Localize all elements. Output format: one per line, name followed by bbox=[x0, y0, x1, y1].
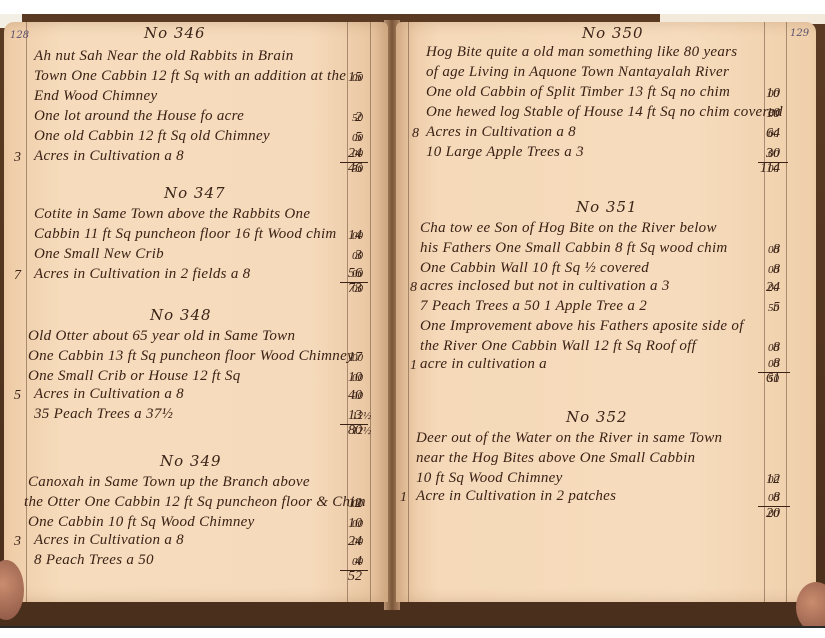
cents-value: 00 bbox=[352, 352, 363, 364]
entry-number: No 351 bbox=[576, 198, 638, 216]
entry-line: Canoxah in Same Town up the Branch above bbox=[28, 474, 310, 494]
margin-rule bbox=[408, 22, 409, 602]
entry-line: Cotite in Same Town above the Rabbits On… bbox=[34, 206, 310, 226]
entry-line: Town One Cabbin 12 ft Sq with an additio… bbox=[34, 68, 346, 88]
cents-value: 00 bbox=[352, 498, 363, 510]
cents-value: 00 bbox=[768, 88, 779, 100]
cents-value: 00 bbox=[352, 390, 363, 402]
entry-line: One old Cabbin of Split Timber 13 ft Sq … bbox=[426, 84, 730, 104]
page-number: 128 bbox=[10, 30, 29, 41]
entry-line: Cha tow ee Son of Hog Bite on the River … bbox=[420, 220, 717, 240]
cents-value: 50 bbox=[352, 112, 363, 124]
entry-line: One hewed log Stable of House 14 ft Sq n… bbox=[426, 104, 783, 124]
entry-line: of age Living in Aquone Town Nantayalah … bbox=[426, 64, 729, 84]
cents-value: 00 bbox=[352, 72, 363, 84]
margin-rule bbox=[26, 22, 27, 602]
entry-line: 10 ft Sq Wood Chimney bbox=[416, 470, 563, 490]
cents-value: 00 bbox=[768, 108, 779, 120]
total-cents: 50 bbox=[768, 373, 779, 385]
entry-line: One Small New Crib bbox=[34, 246, 164, 266]
entry-line: Old Otter about 65 year old in Same Town bbox=[28, 328, 295, 348]
margin-quantity: 3 bbox=[14, 150, 21, 166]
cents-value: 00 bbox=[352, 372, 363, 384]
cents-value: 00 bbox=[352, 132, 363, 144]
entry-line: Deer out of the Water on the River in sa… bbox=[416, 430, 722, 450]
entry-line: acres inclosed but not in cultivation a … bbox=[420, 278, 670, 298]
cents-value: 50 bbox=[768, 302, 779, 314]
entry-line: Acres in Cultivation a 8 bbox=[34, 386, 184, 406]
cents-value: 00 bbox=[352, 536, 363, 548]
entry-line: One Improvement above his Fathers aposit… bbox=[420, 318, 744, 338]
entry-number: No 347 bbox=[164, 184, 226, 202]
entry-line: 8 Peach Trees a 50 bbox=[34, 552, 154, 572]
cents-value: 00 bbox=[768, 358, 779, 370]
cents-value: 00 bbox=[768, 128, 779, 140]
entry-number: No 346 bbox=[144, 24, 206, 42]
cents-column-rule bbox=[786, 22, 787, 602]
entry-line: Cabbin 11 ft Sq puncheon floor 16 ft Woo… bbox=[34, 226, 337, 246]
cents-value: 00 bbox=[768, 492, 779, 504]
entry-line: One lot around the House fo acre bbox=[34, 108, 244, 128]
entry-line: Acre in Cultivation in 2 patches bbox=[416, 488, 616, 508]
entry-line: Acres in Cultivation a 8 bbox=[34, 532, 184, 552]
entry-line: 10 Large Apple Trees a 3 bbox=[426, 144, 584, 164]
entry-line: One Cabbin 10 ft Sq Wood Chimney bbox=[28, 514, 255, 534]
cents-value: 00 bbox=[768, 264, 779, 276]
cents-value: 12½ bbox=[352, 410, 371, 422]
page-number: 129 bbox=[790, 28, 809, 39]
entry-line: 35 Peach Trees a 37½ bbox=[34, 406, 173, 426]
margin-quantity: 7 bbox=[14, 268, 21, 284]
dollars-column-rule bbox=[347, 22, 348, 602]
entry-line: End Wood Chimney bbox=[34, 88, 157, 108]
cents-value: 00 bbox=[352, 250, 363, 262]
entry-line: One Cabbin Wall 10 ft Sq ½ covered bbox=[420, 260, 649, 280]
entry-line: One Small Crib or House 12 ft Sq bbox=[28, 368, 241, 388]
cents-value: 00 bbox=[768, 148, 779, 160]
cents-value: 00 bbox=[352, 230, 363, 242]
cents-value: 00 bbox=[352, 556, 363, 568]
entry-number: No 348 bbox=[150, 306, 212, 324]
cents-column-rule bbox=[370, 22, 371, 602]
entry-line: Ah nut Sah Near the old Rabbits in Brain bbox=[34, 48, 294, 68]
cents-value: 00 bbox=[768, 282, 779, 294]
cents-value: 00 bbox=[352, 518, 363, 530]
entry-line: acre in cultivation a bbox=[420, 356, 547, 376]
entry-line: One old Cabbin 12 ft Sq old Chimney bbox=[34, 128, 270, 148]
entry-line: Acres in Cultivation a 8 bbox=[426, 124, 576, 144]
cents-value: 00 bbox=[352, 268, 363, 280]
margin-quantity: 3 bbox=[14, 534, 21, 550]
total-cents: 00 bbox=[352, 283, 363, 295]
left-page: 128 No 346 Ah nut Sah Near the old Rabbi… bbox=[4, 22, 388, 602]
entry-line: Hog Bite quite a old man something like … bbox=[426, 44, 737, 64]
bottom-white-strip bbox=[0, 626, 825, 638]
total-dollars: 52 bbox=[342, 569, 362, 585]
cents-value: 00 bbox=[768, 342, 779, 354]
entry-number: No 349 bbox=[160, 452, 222, 470]
total-cents: 50 bbox=[352, 163, 363, 175]
entry-line: the River One Cabbin Wall 12 ft Sq Roof … bbox=[420, 338, 696, 358]
entry-line: One Cabbin 13 ft Sq puncheon floor Wood … bbox=[28, 348, 354, 368]
total-cents: 00 bbox=[768, 508, 779, 520]
entry-line: the Otter One Cabbin 12 ft Sq puncheon f… bbox=[24, 494, 366, 514]
total-cents: 00 bbox=[768, 163, 779, 175]
cents-value: 00 bbox=[352, 148, 363, 160]
cents-value: 00 bbox=[768, 474, 779, 486]
right-page: 129 No 350 Hog Bite quite a old man some… bbox=[396, 22, 816, 602]
entry-line: 7 Peach Trees a 50 1 Apple Tree a 2 bbox=[420, 298, 647, 318]
entry-line: Acres in Cultivation in 2 fields a 8 bbox=[34, 266, 250, 286]
total-cents: 12½ bbox=[352, 425, 371, 437]
top-white-strip bbox=[0, 0, 825, 14]
entry-number: No 352 bbox=[566, 408, 628, 426]
margin-quantity: 8 bbox=[410, 280, 417, 296]
margin-quantity: 8 bbox=[412, 126, 419, 142]
margin-quantity: 1 bbox=[400, 490, 407, 506]
margin-quantity: 5 bbox=[14, 388, 21, 404]
cents-value: 00 bbox=[768, 244, 779, 256]
entry-line: near the Hog Bites above One Small Cabbi… bbox=[416, 450, 695, 470]
entry-line: Acres in Cultivation a 8 bbox=[34, 148, 184, 168]
entry-line: his Fathers One Small Cabbin 8 ft Sq woo… bbox=[420, 240, 728, 260]
margin-quantity: 1 bbox=[410, 358, 417, 374]
entry-number: No 350 bbox=[582, 24, 644, 42]
